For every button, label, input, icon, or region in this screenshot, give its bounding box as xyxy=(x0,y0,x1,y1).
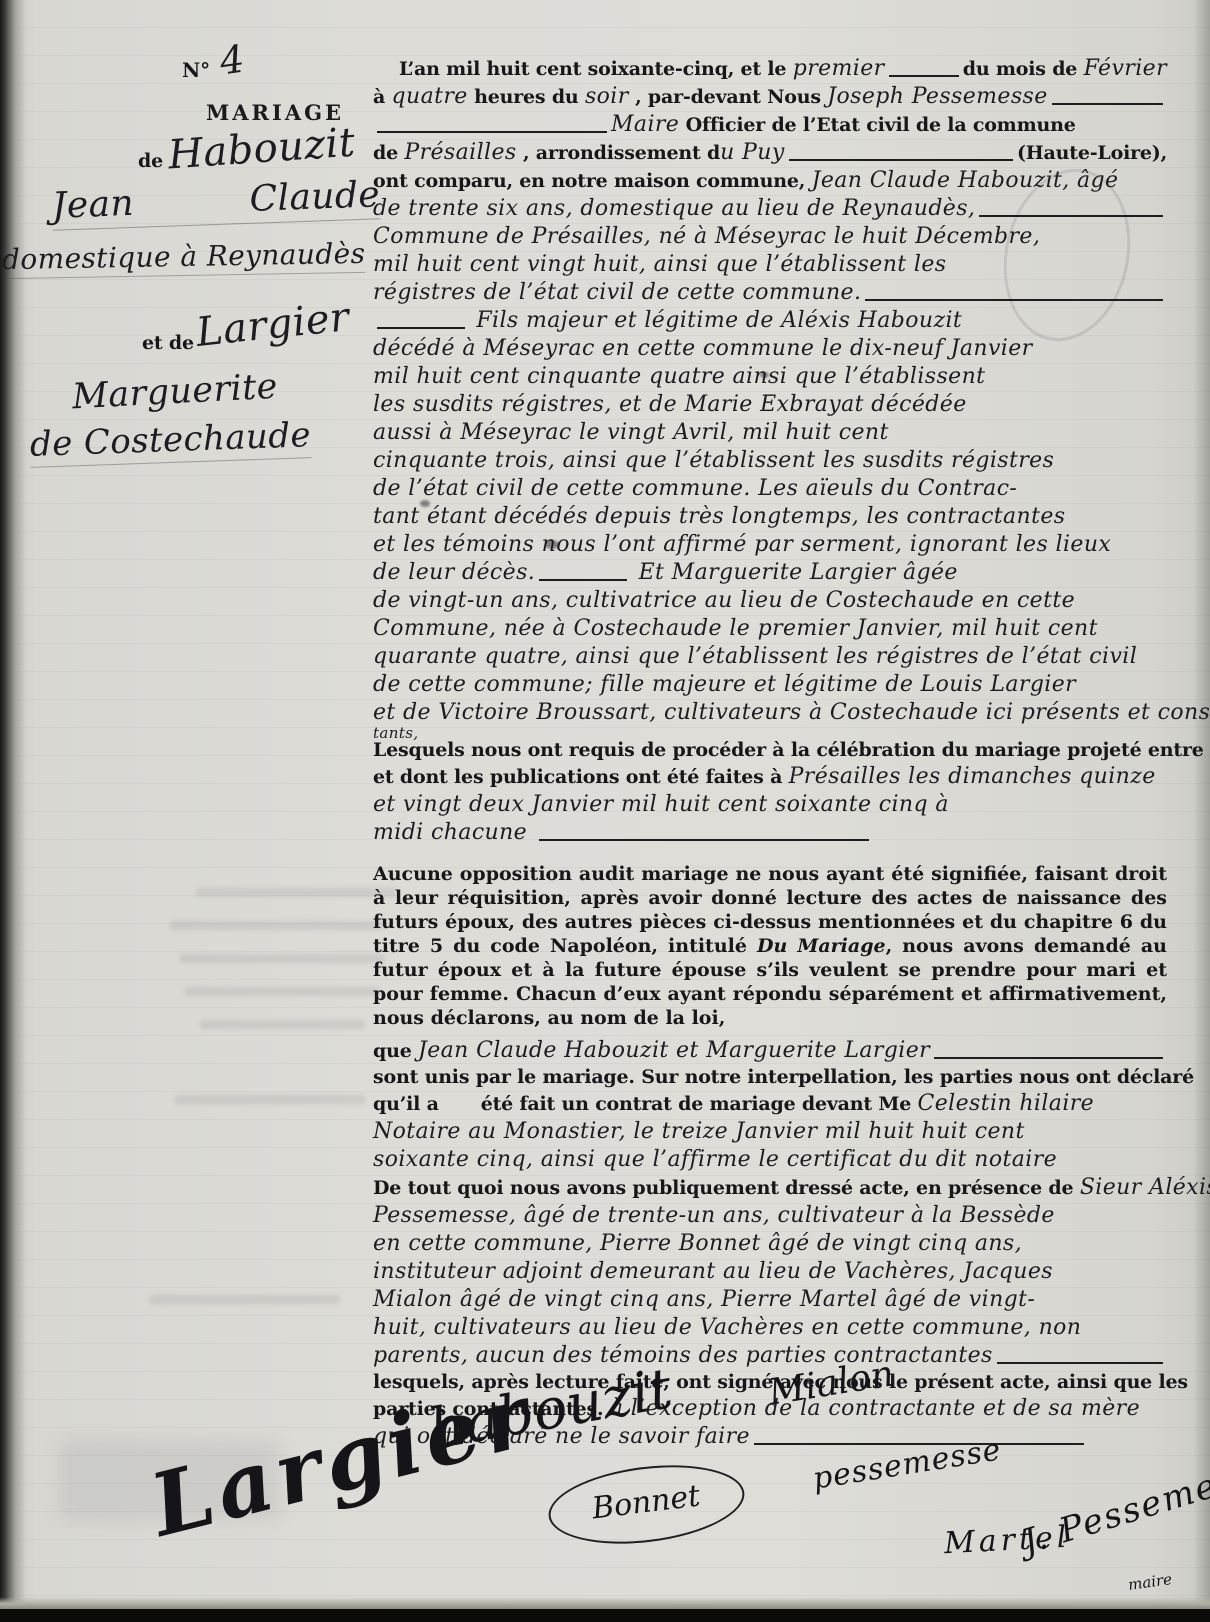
act-body-lines-top: L’an mil huit cent soixante-cinq, et le … xyxy=(373,56,1167,848)
signature-pessemesse-maire: J. Pessemesse xyxy=(1018,1448,1210,1563)
groom-firstnames: Jean Claude xyxy=(51,174,381,230)
handwritten-text: huit, cultivateurs au lieu de Vachères e… xyxy=(373,1315,1081,1340)
act-line: et dont les publications ont été faites … xyxy=(373,764,1167,792)
act-line: et vingt deux Janvier mil huit cent soix… xyxy=(373,792,1167,820)
handwritten-text: midi chacune xyxy=(373,820,535,845)
act-line: de l’état civil de cette commune. Les aï… xyxy=(373,476,1167,504)
bleedthrough-ghost xyxy=(150,1295,340,1304)
fill-rule xyxy=(889,73,959,77)
handwritten-text: instituteur adjoint demeurant au lieu de… xyxy=(373,1259,1053,1284)
fill-rule xyxy=(539,837,869,841)
printed-text: , arrondissement d xyxy=(517,142,721,164)
handwritten-text: Février xyxy=(1084,56,1167,81)
handwritten-text: Maire xyxy=(611,112,679,137)
act-line: midi chacune xyxy=(373,820,1167,848)
bleedthrough-ghost xyxy=(175,1095,365,1104)
handwritten-text: et les témoins nous l’ont affirmé par se… xyxy=(373,532,1111,557)
handwritten-text: Pessemesse, âgé de trente-un ans, cultiv… xyxy=(373,1203,1055,1228)
act-line: à quatre heures du soir , par-devant Nou… xyxy=(373,84,1167,112)
act-line: sont unis par le mariage. Sur notre inte… xyxy=(373,1066,1167,1091)
handwritten-text: tant étant décédés depuis très longtemps… xyxy=(373,504,1065,529)
handwritten-text: Et Marguerite Largier âgée xyxy=(631,560,958,585)
act-line: cinquante trois, ainsi que l’établissent… xyxy=(373,448,1167,476)
handwritten-text: soir xyxy=(585,84,629,109)
act-line: quarante quatre, ainsi que l’établissent… xyxy=(373,644,1167,672)
handwritten-text: Jean Claude Habouzit et Marguerite Largi… xyxy=(418,1038,930,1063)
handwritten-text: régistres de l’état civil de cette commu… xyxy=(373,280,861,305)
printed-text: de xyxy=(373,142,404,164)
bride-prefix: et de xyxy=(142,332,194,354)
groom-surname: Habouzit xyxy=(167,120,357,179)
printed-text: sont unis par le mariage. Sur notre inte… xyxy=(373,1066,1194,1088)
printed-text: du mois de xyxy=(963,58,1084,80)
printed-text: ont comparu, en notre maison commune, xyxy=(373,170,812,192)
act-line: mil huit cent vingt huit, ainsi que l’ét… xyxy=(373,252,1167,280)
act-line: qu’il aété fait un contrat de mariage de… xyxy=(373,1091,1167,1119)
printed-text: De tout quoi nous avons publiquement dre… xyxy=(373,1177,1080,1199)
handwritten-text: de cette commune; fille majeure et légit… xyxy=(373,672,1076,697)
act-line: Commune, née à Costechaude le premier Ja… xyxy=(373,616,1167,644)
act-line: de Présailles , arrondissement du Puy(Ha… xyxy=(373,140,1167,168)
handwritten-text: aussi à Méseyrac le vingt Avril, mil hui… xyxy=(373,420,889,445)
act-line: aussi à Méseyrac le vingt Avril, mil hui… xyxy=(373,420,1167,448)
handwritten-text: mil huit cent cinquante quatre ainsi que… xyxy=(373,364,985,389)
handwritten-text: Notaire au Monastier, le treize Janvier … xyxy=(373,1119,1025,1144)
act-line: et de Victoire Broussart, cultivateurs à… xyxy=(373,700,1167,728)
printed-text: été fait un contrat de mariage devant Me xyxy=(481,1093,918,1115)
handwritten-text: et de Victoire Broussart, cultivateurs à… xyxy=(373,700,1210,725)
act-line: soixante cinq, ainsi que l’affirme le ce… xyxy=(373,1147,1167,1175)
act-line: et les témoins nous l’ont affirmé par se… xyxy=(373,532,1167,560)
act-line: tant étant décédés depuis très longtemps… xyxy=(373,504,1167,532)
groom-occupation: domestique à Reynaudès xyxy=(2,237,366,279)
handwritten-text: et vingt deux Janvier mil huit cent soix… xyxy=(373,792,949,817)
handwritten-text: Mialon âgé de vingt cinq ans, Pierre Mar… xyxy=(373,1287,1035,1312)
act-line: décédé à Méseyrac en cette commune le di… xyxy=(373,336,1167,364)
signature-bonnet: Bonnet xyxy=(544,1455,748,1553)
act-line: régistres de l’état civil de cette commu… xyxy=(373,280,1167,308)
printed-text: et dont les publications ont été faites … xyxy=(373,766,789,788)
printed-text: , par-devant Nous xyxy=(629,86,828,108)
bride-origin: de Costechaude xyxy=(29,415,311,468)
act-line: Maire Officier de l’Etat civil de la com… xyxy=(373,112,1167,140)
printed-paragraph: Aucune opposition audit mariage ne nous … xyxy=(373,862,1167,1030)
act-line: huit, cultivateurs au lieu de Vachères e… xyxy=(373,1315,1167,1343)
handwritten-text: de trente six ans, domestique au lieu de… xyxy=(373,196,975,221)
handwritten-text: quarante quatre, ainsi que l’établissent… xyxy=(373,644,1137,669)
printed-paragraph-italic: Du Mariage xyxy=(757,935,886,957)
act-line: de trente six ans, domestique au lieu de… xyxy=(373,196,1167,224)
handwritten-text: de l’état civil de cette commune. Les aï… xyxy=(373,476,1017,501)
bride-surname: Largier xyxy=(194,294,351,356)
signature-pessemesse-witness: pessemesse xyxy=(810,1432,1003,1496)
printed-text: Lesquels nous ont requis de procéder à l… xyxy=(373,739,1210,761)
act-body: L’an mil huit cent soixante-cinq, et le … xyxy=(373,56,1167,1452)
handwritten-text: Celestin hilaire xyxy=(918,1091,1095,1116)
act-line: De tout quoi nous avons publiquement dre… xyxy=(373,1175,1167,1203)
fill-rule xyxy=(979,213,1163,217)
act-line: Mialon âgé de vingt cinq ans, Pierre Mar… xyxy=(373,1287,1167,1315)
act-line: de vingt-un ans, cultivatrice au lieu de… xyxy=(373,588,1167,616)
handwritten-text: Joseph Pessemesse xyxy=(827,84,1047,109)
bleedthrough-ghost xyxy=(196,888,396,897)
printed-text: à xyxy=(373,86,392,108)
handwritten-text: premier xyxy=(793,56,885,81)
printed-text: Officier de l’Etat civil de la commune xyxy=(679,114,1075,136)
act-line: L’an mil huit cent soixante-cinq, et le … xyxy=(373,56,1167,84)
act-line: de cette commune; fille majeure et légit… xyxy=(373,672,1167,700)
printed-text: (Haute-Loire), xyxy=(1017,142,1167,164)
handwritten-text: décédé à Méseyrac en cette commune le di… xyxy=(373,336,1033,361)
handwritten-text: Commune, née à Costechaude le premier Ja… xyxy=(373,616,1098,641)
act-line: de leur décès. Et Marguerite Largier âgé… xyxy=(373,560,1167,588)
fill-rule xyxy=(377,325,465,329)
handwritten-text: cinquante trois, ainsi que l’établissent… xyxy=(373,448,1054,473)
handwritten-text: Fils majeur et légitime de Aléxis Habouz… xyxy=(469,308,962,333)
handwritten-text: les susdits régistres, et de Marie Exbra… xyxy=(373,392,967,417)
printed-text: L’an mil huit cent soixante-cinq, et le xyxy=(399,58,793,80)
act-number-label: N° xyxy=(182,58,210,82)
act-line: ont comparu, en notre maison commune, Je… xyxy=(373,168,1167,196)
act-line: les susdits régistres, et de Marie Exbra… xyxy=(373,392,1167,420)
handwritten-text: Commune de Présailles, né à Méseyrac le … xyxy=(373,224,1040,249)
handwritten-text: quatre xyxy=(392,84,468,109)
handwritten-text: u Puy xyxy=(720,140,785,165)
act-line: Commune de Présailles, né à Méseyrac le … xyxy=(373,224,1167,252)
handwritten-text: de vingt-un ans, cultivatrice au lieu de… xyxy=(373,588,1075,613)
handwritten-text: Présailles les dimanches quinze xyxy=(789,764,1156,789)
handwritten-text: Présailles xyxy=(404,140,516,165)
act-line: Lesquels nous ont requis de procéder à l… xyxy=(373,739,1167,764)
act-line: tants, xyxy=(373,724,1167,739)
fill-rule xyxy=(377,129,607,133)
act-line: instituteur adjoint demeurant au lieu de… xyxy=(373,1259,1167,1287)
bleedthrough-ghost xyxy=(200,1020,365,1029)
act-line: Fils majeur et légitime de Aléxis Habouz… xyxy=(373,308,1167,336)
handwritten-text: en cette commune, Pierre Bonnet âgé de v… xyxy=(373,1231,1022,1256)
signature-area: Largier habouzit Mialon Bonnet pessemess… xyxy=(0,1355,1210,1610)
bleedthrough-ghost xyxy=(185,987,380,996)
groom-prefix: de xyxy=(138,150,163,172)
fill-rule xyxy=(934,1055,1163,1059)
act-line: mil huit cent cinquante quatre ainsi que… xyxy=(373,364,1167,392)
act-line: que Jean Claude Habouzit et Marguerite L… xyxy=(373,1038,1167,1066)
act-line: en cette commune, Pierre Bonnet âgé de v… xyxy=(373,1231,1167,1259)
handwritten-text: Sieur Aléxis xyxy=(1080,1175,1210,1200)
bride-firstname: Marguerite xyxy=(71,367,279,418)
bleedthrough-ghost xyxy=(180,954,385,963)
printed-text: que xyxy=(373,1040,418,1062)
scanned-page: N° 4 MARIAGE de Habouzit Jean Claude dom… xyxy=(0,0,1210,1622)
act-line: Pessemesse, âgé de trente-un ans, cultiv… xyxy=(373,1203,1167,1231)
maire-title-note: maire xyxy=(1127,1570,1173,1594)
scan-black-bottom xyxy=(0,1609,1210,1622)
fill-rule xyxy=(539,577,627,581)
act-number-value: 4 xyxy=(217,37,247,84)
signature-mialon: Mialon xyxy=(766,1353,897,1413)
fill-rule xyxy=(789,157,1013,161)
printed-text: qu’il a xyxy=(373,1093,439,1115)
fill-rule xyxy=(1052,101,1163,105)
handwritten-text: soixante cinq, ainsi que l’affirme le ce… xyxy=(373,1147,1057,1172)
fill-rule xyxy=(865,297,1163,301)
signature-habouzit: habouzit xyxy=(424,1356,677,1463)
printed-text: heures du xyxy=(468,86,585,108)
handwritten-text: Jean Claude Habouzit, âgé xyxy=(812,168,1119,193)
act-line: Notaire au Monastier, le treize Janvier … xyxy=(373,1119,1167,1147)
bleedthrough-ghost xyxy=(170,921,385,930)
handwritten-text: mil huit cent vingt huit, ainsi que l’ét… xyxy=(373,252,946,277)
handwritten-text: de leur décès. xyxy=(373,560,535,585)
